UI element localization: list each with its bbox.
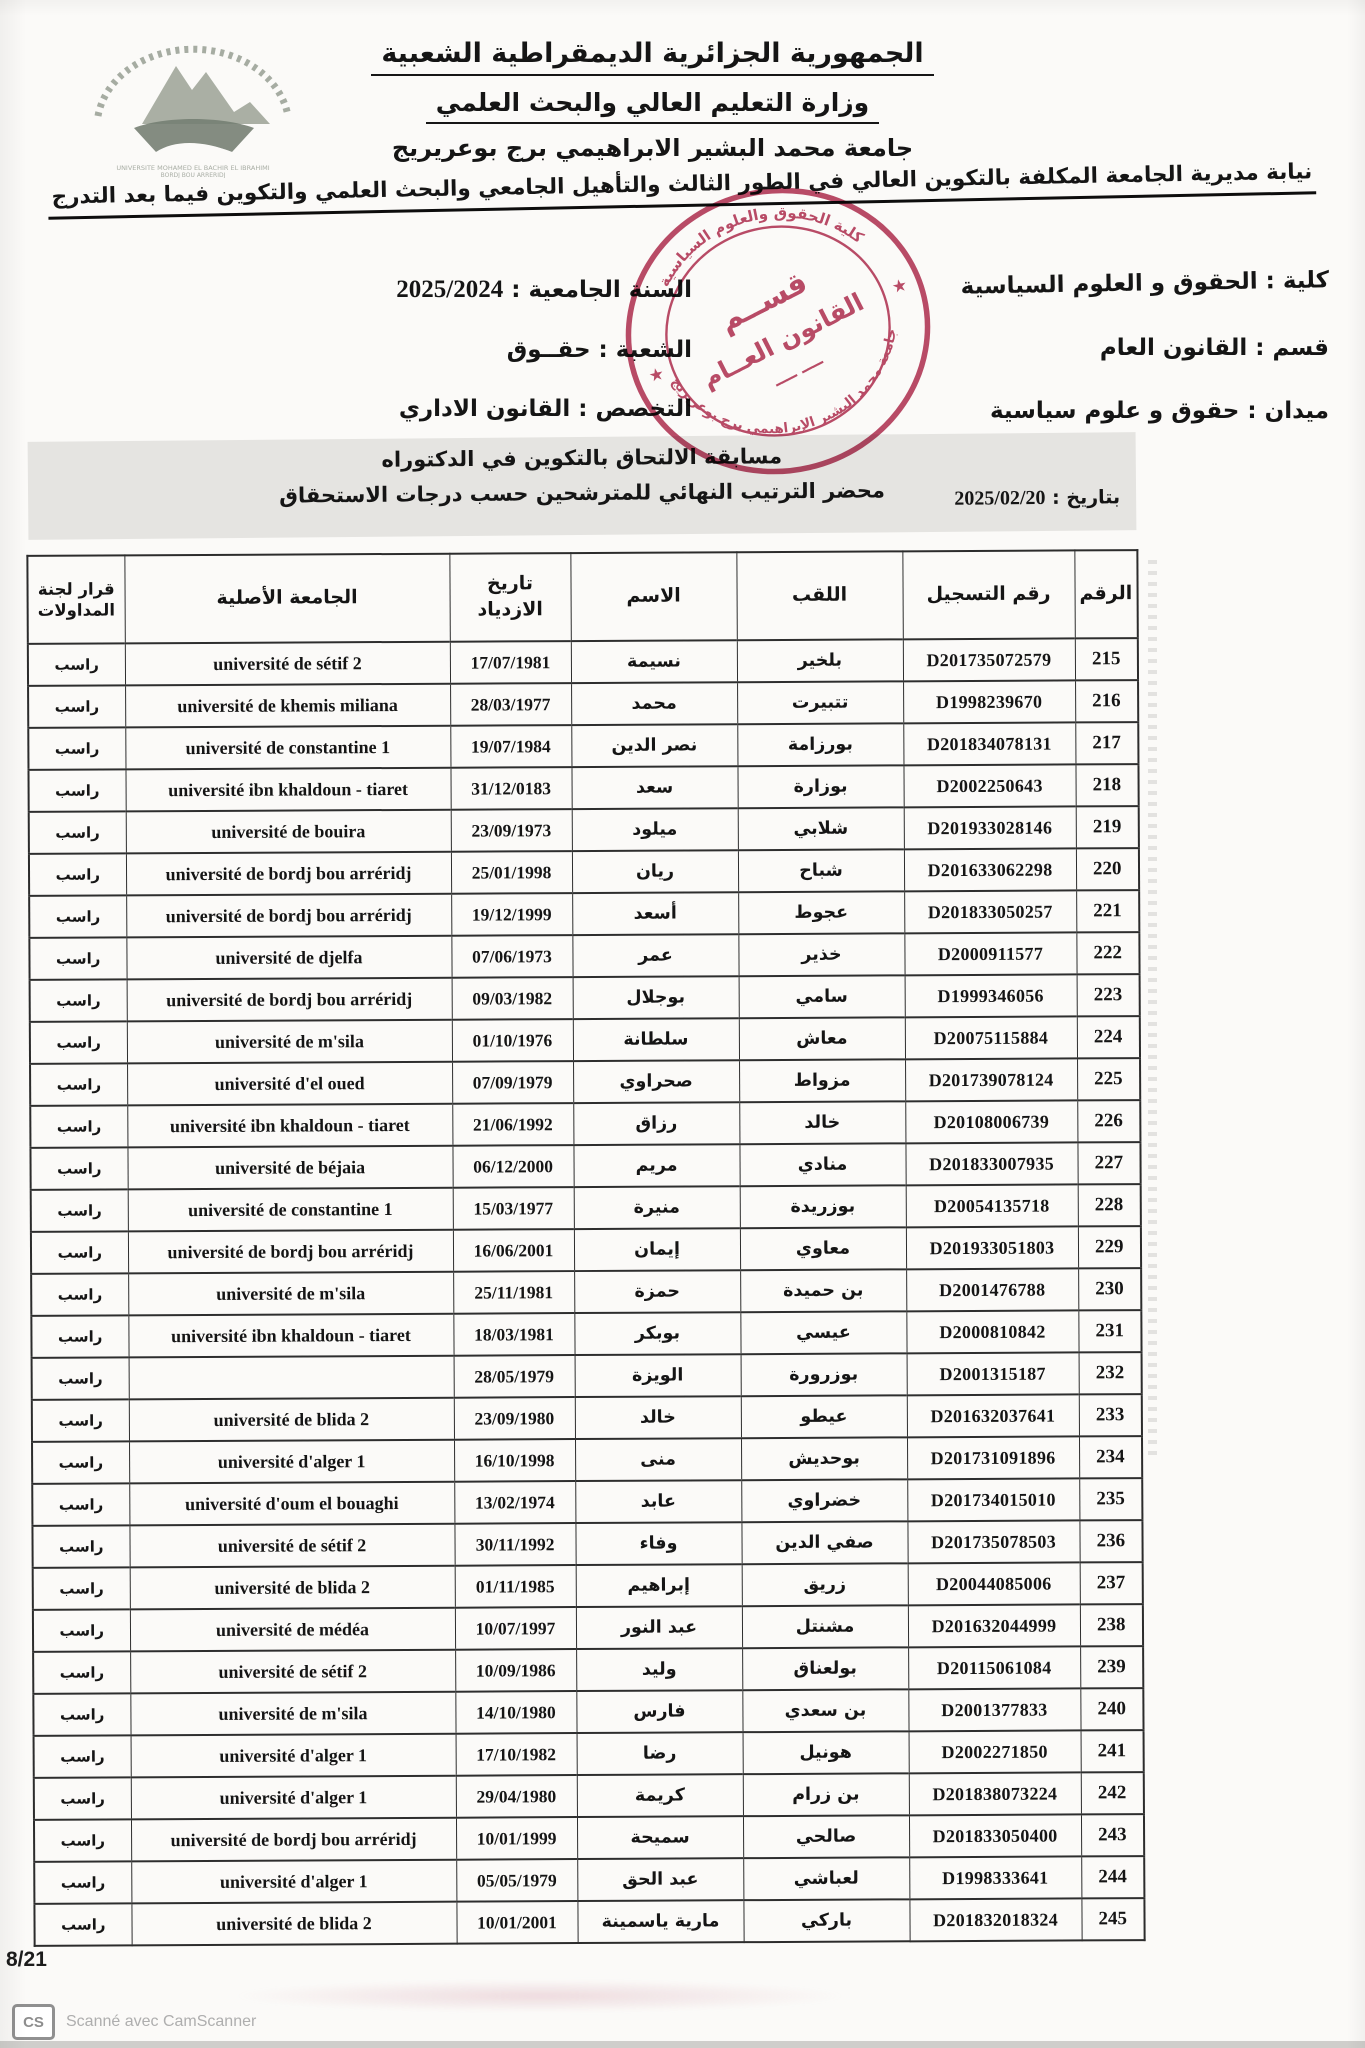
firstname-cell: خالد [575,1396,741,1439]
firstname-cell: عمر [572,934,738,977]
surname-cell: بن سعدي [742,1689,908,1732]
decision-cell: راسب [28,685,125,728]
faculty-value: الحقوق و العلوم السياسية [960,269,1257,300]
surname-cell: سامي [739,975,905,1018]
birthdate-cell: 15/03/1977 [453,1187,574,1230]
birthdate-cell: 23/09/1980 [454,1397,575,1440]
university-cell: université de blida 2 [129,1398,454,1442]
registration-cell: D2000911577 [904,932,1076,975]
university-cell: université d'alger 1 [131,1860,456,1904]
rank-cell: 233 [1079,1394,1142,1436]
table-row: 240D2001377833بن سعديفارس14/10/1980unive… [33,1688,1143,1736]
university-cell: université de sétif 2 [129,1524,454,1568]
table-row: 235D201734015010خضراويعابد13/02/1974univ… [32,1478,1142,1526]
university-cell: université de constantine 1 [128,1188,453,1232]
table-row: 234D201731091896بوحديشمنى16/10/1998unive… [32,1436,1142,1484]
university-cell: université de bordj bou arréridj [127,978,452,1022]
birthdate-cell: 30/11/1992 [454,1523,575,1566]
birthdate-cell: 25/11/1981 [453,1271,574,1314]
rank-cell: 231 [1078,1310,1141,1352]
field-label: ميدان : [1247,398,1329,424]
stamp-star-right: ★ [890,275,909,298]
rank-cell: 236 [1079,1520,1142,1562]
registration-cell: D201833050400 [909,1814,1081,1857]
registration-cell: D20044085006 [908,1562,1080,1605]
birthdate-cell: 17/07/1981 [450,641,571,684]
department-stamp: كلية الحقوق والعلوم السياسية جامعة محمد … [596,180,954,482]
ministry-title: وزارة التعليم العالي والبحث العلمي [0,88,1305,124]
rank-cell: 229 [1078,1226,1141,1268]
logo-caption-line1: UNIVERSITE MOHAMED EL BACHIR EL IBRAHIMI [116,164,269,172]
surname-cell: مشنتل [742,1605,908,1648]
registration-cell: D1998333641 [909,1856,1081,1899]
table-row: 230D2001476788بن حميدةحمزة25/11/1981univ… [31,1268,1141,1316]
camscanner-note: Scanné avec CamScanner [66,2013,256,2031]
table-row: 221D201833050257عجوطأسعد19/12/1999univer… [29,890,1139,938]
republic-title: الجمهورية الجزائرية الديمقراطية الشعبية [0,38,1305,76]
results-table-wrapper: الرقم رقم التسجيل اللقب الاسم تاريخ الاز… [26,549,1145,1947]
decision-cell: راسب [32,1441,129,1484]
surname-cell: عيطو [741,1395,907,1438]
registration-cell: D2001315187 [907,1352,1079,1395]
registration-cell: D201832018324 [909,1898,1081,1941]
firstname-cell: سميحة [577,1816,743,1859]
decision-cell: راسب [29,853,126,896]
rank-cell: 244 [1081,1856,1144,1898]
rank-cell: 226 [1077,1100,1140,1142]
firstname-cell: إبراهيم [576,1564,742,1607]
birthdate-cell: 19/12/1999 [451,893,572,936]
decision-cell: راسب [29,895,126,938]
surname-cell: زريق [742,1563,908,1606]
university-cell: université de m'sila [128,1272,453,1316]
rank-cell: 245 [1081,1898,1144,1940]
table-row: 238D201632044999مشنتلعبد النور10/07/1997… [33,1604,1143,1652]
table-row: 233D201632037641عيطوخالد23/09/1980univer… [32,1394,1142,1442]
university-title: جامعة محمد البشير الابراهيمي برج بوعريري… [0,134,1305,162]
registration-cell: D201735078503 [907,1520,1079,1563]
table-row: 225D201739078124مزواطصحراوي07/09/1979uni… [30,1058,1140,1106]
birthdate-cell: 01/11/1985 [455,1565,576,1608]
decision-cell: راسب [33,1693,130,1736]
university-cell: université de bordj bou arréridj [131,1818,456,1862]
surname-cell: مزواط [739,1059,905,1102]
rank-cell: 235 [1079,1478,1142,1520]
page-number: 8/21 [6,1948,47,1972]
firstname-cell: فارس [576,1690,742,1733]
table-row: 229D201933051803معاويإيمان16/06/2001univ… [31,1226,1141,1274]
surname-cell: تتبيرت [737,681,903,724]
rank-cell: 220 [1076,848,1139,890]
firstname-cell: عبد الحق [577,1858,743,1901]
surname-cell: بوزريدة [740,1185,906,1228]
birthdate-cell: 06/12/2000 [452,1145,573,1188]
university-cell: université de bordj bou arréridj [126,894,451,938]
registration-cell: D201731091896 [907,1436,1079,1479]
table-header-row: الرقم رقم التسجيل اللقب الاسم تاريخ الاز… [27,550,1137,644]
header-firstname: الاسم [570,552,736,641]
birthdate-cell: 29/04/1980 [456,1775,577,1818]
decision-cell: راسب [30,1147,127,1190]
firstname-cell: منى [575,1438,741,1481]
decision-cell: راسب [32,1525,129,1568]
table-row: 227D201833007935مناديمريم06/12/2000unive… [30,1142,1140,1190]
birthdate-cell: 16/06/2001 [453,1229,574,1272]
birthdate-cell: 18/03/1981 [453,1313,574,1356]
surname-cell: خذير [738,933,904,976]
firstname-cell: حمزة [574,1270,740,1313]
rank-cell: 227 [1077,1142,1140,1184]
table-row: 224D20075115884معاشسلطانة01/10/1976unive… [30,1016,1140,1064]
surname-cell: بورزامة [737,723,903,766]
registration-cell: D201933028146 [904,806,1076,849]
birthdate-cell: 31/12/0183 [450,767,571,810]
rank-cell: 228 [1078,1184,1141,1226]
header-university: الجامعة الأصلية [124,554,449,644]
decision-cell: راسب [34,1903,131,1946]
rank-cell: 237 [1080,1562,1143,1604]
university-cell: université ibn khaldoun - tiaret [128,1314,453,1358]
birthdate-cell: 10/01/2001 [456,1901,577,1944]
registration-cell: D201933051803 [906,1226,1078,1269]
surname-cell: خالد [739,1101,905,1144]
birthdate-cell: 16/10/1998 [454,1439,575,1482]
decision-cell: راسب [33,1609,130,1652]
birthdate-cell: 07/06/1973 [451,935,572,978]
header-decision: قرار لجنة المداولات [27,555,124,644]
header-birthdate: تاريخ الازدياد [449,553,570,642]
table-row: 226D20108006739خالدرزاق21/06/1992univers… [30,1100,1140,1148]
branch-value: حقــوق [507,337,591,363]
surname-cell: بن زرام [743,1773,909,1816]
firstname-cell: نسيمة [571,640,737,683]
logo-caption-line2: BORDJ BOU ARRERIDJ [161,172,226,178]
rank-cell: 230 [1078,1268,1141,1310]
registration-cell: D201834078131 [903,722,1075,765]
table-row: 241D2002271850هونيلرضا17/10/1982universi… [34,1730,1144,1778]
table-row: 218D2002250643بوزارةسعد31/12/0183univers… [28,764,1138,812]
surname-cell: بلخير [737,639,903,682]
rank-cell: 234 [1079,1436,1142,1478]
rank-cell: 239 [1080,1646,1143,1688]
university-cell: université d'alger 1 [131,1776,456,1820]
rank-cell: 217 [1075,722,1138,764]
birthdate-cell: 23/09/1973 [451,809,572,852]
university-cell: université de blida 2 [131,1902,456,1946]
competition-banner: مسابقة الالتحاق بالتكوين في الدكتوراه مح… [28,432,1137,540]
firstname-cell: محمد [571,682,737,725]
birthdate-cell: 07/09/1979 [452,1061,573,1104]
rank-cell: 240 [1080,1688,1143,1730]
decision-cell: راسب [28,727,125,770]
university-cell: université de bouira [126,810,451,854]
university-cell: université de sétif 2 [130,1650,455,1694]
firstname-cell: صحراوي [573,1060,739,1103]
decision-cell: راسب [30,1021,127,1064]
surname-cell: عجوط [738,891,904,934]
scanned-document-page: UNIVERSITE MOHAMED EL BACHIR EL IBRAHIMI… [0,0,1365,2048]
faculty-label: كلية : [1265,267,1329,294]
academic-year-value: 2025/2024 [396,276,503,303]
birthdate-cell: 13/02/1974 [454,1481,575,1524]
surname-cell: بوحديش [741,1437,907,1480]
rank-cell: 221 [1076,890,1139,932]
surname-cell: بوزرورة [741,1353,907,1396]
registration-cell: D20075115884 [905,1016,1077,1059]
surname-cell: معاوي [740,1227,906,1270]
firstname-cell: عابد [575,1480,741,1523]
table-row: 223D1999346056ساميبوجلال09/03/1982univer… [30,974,1140,1022]
birthdate-cell: 10/01/1999 [456,1817,577,1860]
scan-bottom-edge [0,2041,1365,2048]
registration-cell: D201833050257 [904,890,1076,933]
registration-cell: D201838073224 [909,1772,1081,1815]
rank-cell: 241 [1081,1730,1144,1772]
registration-cell: D2002271850 [909,1730,1081,1773]
specialty-value: القانون الاداري [399,396,570,422]
registration-cell: D201633062298 [904,848,1076,891]
registration-cell: D201739078124 [905,1058,1077,1101]
firstname-cell: بوبكر [574,1312,740,1355]
decision-cell: راسب [32,1483,129,1526]
surname-cell: باركي [743,1899,909,1942]
university-cell: université ibn khaldoun - tiaret [125,768,450,812]
registration-cell: D2002250643 [903,764,1075,807]
stamp-star-left: ★ [647,364,666,387]
surname-cell: صالحي [743,1815,909,1858]
rank-cell: 224 [1077,1016,1140,1058]
university-cell: université d'alger 1 [129,1440,454,1484]
birthdate-cell: 25/01/1998 [451,851,572,894]
header-surname: اللقب [736,551,902,640]
table-row: 243D201833050400صالحيسميحة10/01/1999univ… [34,1814,1144,1862]
competition-title: مسابقة الالتحاق بالتكوين في الدكتوراه [28,432,1136,475]
registration-cell: D20054135718 [906,1184,1078,1227]
table-row: 222D2000911577خذيرعمر07/06/1973universit… [29,932,1139,980]
table-row: 244D1998333641لعباشيعبد الحق05/05/1979un… [34,1856,1144,1904]
date-label: بتاريخ : [1052,486,1120,509]
decision-cell: راسب [30,1063,127,1106]
decision-cell: راسب [34,1861,131,1904]
university-cell: université de béjaia [127,1146,452,1190]
surname-cell: معاش [739,1017,905,1060]
firstname-cell: رزاق [573,1102,739,1145]
surname-cell: بولعناق [742,1647,908,1690]
decision-cell: راسب [34,1735,131,1778]
university-cell: université d'el oued [127,1062,452,1106]
rank-cell: 218 [1075,764,1138,806]
table-row: 237D20044085006زريقإبراهيم01/11/1985univ… [33,1562,1143,1610]
firstname-cell: سعد [571,766,737,809]
firstname-cell: كريمة [577,1774,743,1817]
rank-cell: 215 [1075,638,1138,680]
birthdate-cell: 01/10/1976 [452,1019,573,1062]
firstname-cell: عبد النور [576,1606,742,1649]
decision-cell: راسب [33,1567,130,1610]
surname-cell: لعباشي [743,1857,909,1900]
university-cell: université de khemis miliana [125,684,450,728]
decision-cell: راسب [31,1273,128,1316]
surname-cell: بوزارة [737,765,903,808]
rank-cell: 219 [1076,806,1139,848]
decision-cell: راسب [34,1777,131,1820]
firstname-cell: إيمان [574,1228,740,1271]
registration-cell: D201735072579 [903,638,1075,681]
registration-cell: D20108006739 [905,1100,1077,1143]
surname-cell: منادي [739,1143,905,1186]
firstname-cell: وفاء [575,1522,741,1565]
table-row: 220D201633062298شباحريان25/01/1998univer… [29,848,1139,896]
department-label: قسم : [1255,335,1329,361]
firstname-cell: ريان [572,850,738,893]
registration-cell: D201734015010 [907,1478,1079,1521]
firstname-cell: منيرة [574,1186,740,1229]
decision-cell: راسب [29,937,126,980]
university-cell: université ibn khaldoun - tiaret [127,1104,452,1148]
decision-cell: راسب [32,1399,129,1442]
table-row: 217D201834078131بورزامةنصر الدين19/07/19… [28,722,1138,770]
camscanner-icon: CS [12,2004,55,2040]
results-table-body: 215D201735072579بلخيرنسيمة17/07/1981univ… [28,638,1145,1946]
banner-date: بتاريخ : 2025/02/20 [954,486,1120,510]
decision-cell: راسب [29,811,126,854]
decision-cell: راسب [31,1231,128,1274]
decision-cell: راسب [33,1651,130,1694]
firstname-cell: ميلود [572,808,738,851]
header-rank: الرقم [1074,550,1137,638]
university-cell: université de sétif 2 [125,642,450,686]
decision-cell: راسب [31,1315,128,1358]
birthdate-cell: 10/09/1986 [455,1649,576,1692]
firstname-cell: أسعد [572,892,738,935]
table-row: 245D201832018324باركيمارية ياسمينة10/01/… [34,1898,1144,1946]
registration-cell: D2001377833 [908,1688,1080,1731]
rank-cell: 238 [1080,1604,1143,1646]
university-cell: université de constantine 1 [125,726,450,770]
university-cell: université de blida 2 [130,1566,455,1610]
firstname-cell: مريم [573,1144,739,1187]
rank-cell: 216 [1075,680,1138,722]
scan-artifact-strip [1148,560,1157,1460]
surname-cell: شلابي [738,807,904,850]
table-row: 231D2000810842عيسيبوبكر18/03/1981univers… [31,1310,1141,1358]
birthdate-cell: 28/05/1979 [454,1355,575,1398]
table-row: 219D201933028146شلابيميلود23/09/1973univ… [29,806,1139,854]
university-cell [129,1356,454,1400]
table-row: 215D201735072579بلخيرنسيمة17/07/1981univ… [28,638,1138,686]
rank-cell: 232 [1079,1352,1142,1394]
birthdate-cell: 19/07/1984 [450,725,571,768]
firstname-cell: سلطانة [573,1018,739,1061]
registration-cell: D201833007935 [905,1142,1077,1185]
rank-cell: 242 [1081,1772,1144,1814]
surname-cell: هونيل [743,1731,909,1774]
birthdate-cell: 10/07/1997 [455,1607,576,1650]
registration-cell: D2001476788 [906,1268,1078,1311]
table-row: 232D2001315187بوزرورةالويزة28/05/1979راس… [32,1352,1142,1400]
scan-ink-smudge [235,1980,845,2012]
birthdate-cell: 14/10/1980 [455,1691,576,1734]
decision-cell: راسب [30,1105,127,1148]
birthdate-cell: 28/03/1977 [450,683,571,726]
decision-cell: راسب [28,769,125,812]
decision-cell: راسب [31,1189,128,1232]
birthdate-cell: 21/06/1992 [452,1103,573,1146]
table-row: 216D1998239670تتبيرتمحمد28/03/1977univer… [28,680,1138,728]
header-registration: رقم التسجيل [902,550,1074,639]
surname-cell: شباح [738,849,904,892]
table-row: 228D20054135718بوزريدةمنيرة15/03/1977uni… [31,1184,1141,1232]
camscanner-footer: CS Scanné avec CamScanner [12,2004,256,2040]
registration-cell: D20115061084 [908,1646,1080,1689]
university-cell: université de bordj bou arréridj [126,852,451,896]
firstname-cell: وليد [576,1648,742,1691]
table-row: 242D201838073224بن زرامكريمة29/04/1980un… [34,1772,1144,1820]
birthdate-cell: 17/10/1982 [456,1733,577,1776]
university-cell: université de m'sila [130,1692,455,1736]
university-cell: université de bordj bou arréridj [128,1230,453,1274]
firstname-cell: نصر الدين [571,724,737,767]
table-row: 236D201735078503صفي الدينوفاء30/11/1992u… [32,1520,1142,1568]
firstname-cell: بوجلال [573,976,739,1019]
university-cell: université de médéa [130,1608,455,1652]
table-row: 239D20115061084بولعناقوليد10/09/1986univ… [33,1646,1143,1694]
registration-cell: D1999346056 [905,974,1077,1017]
firstname-cell: مارية ياسمينة [577,1900,743,1943]
surname-cell: خضراوي [741,1479,907,1522]
decision-cell: راسب [30,979,127,1022]
birthdate-cell: 05/05/1979 [456,1859,577,1902]
registration-cell: D201632044999 [908,1604,1080,1647]
rank-cell: 222 [1076,932,1139,974]
date-value: 2025/02/20 [954,487,1045,510]
birthdate-cell: 09/03/1982 [452,977,573,1020]
decision-cell: راسب [34,1819,131,1862]
decision-cell: راسب [32,1357,129,1400]
university-cell: université de m'sila [127,1020,452,1064]
registration-cell: D2000810842 [906,1310,1078,1353]
surname-cell: عيسي [740,1311,906,1354]
decision-cell: راسب [28,643,125,686]
university-cell: université d'alger 1 [131,1734,456,1778]
department-value: القانون العام [1100,335,1247,361]
registration-cell: D201632037641 [907,1394,1079,1437]
rank-cell: 243 [1081,1814,1144,1856]
firstname-cell: رضا [577,1732,743,1775]
field-value: حقوق و علوم سياسية [990,398,1239,424]
surname-cell: بن حميدة [740,1269,906,1312]
university-cell: université d'oum el bouaghi [129,1482,454,1526]
surname-cell: صفي الدين [741,1521,907,1564]
registration-cell: D1998239670 [903,680,1075,723]
rank-cell: 223 [1077,974,1140,1016]
university-cell: université de djelfa [126,936,451,980]
rank-cell: 225 [1077,1058,1140,1100]
results-table: الرقم رقم التسجيل اللقب الاسم تاريخ الاز… [26,549,1145,1947]
firstname-cell: الويزة [575,1354,741,1397]
